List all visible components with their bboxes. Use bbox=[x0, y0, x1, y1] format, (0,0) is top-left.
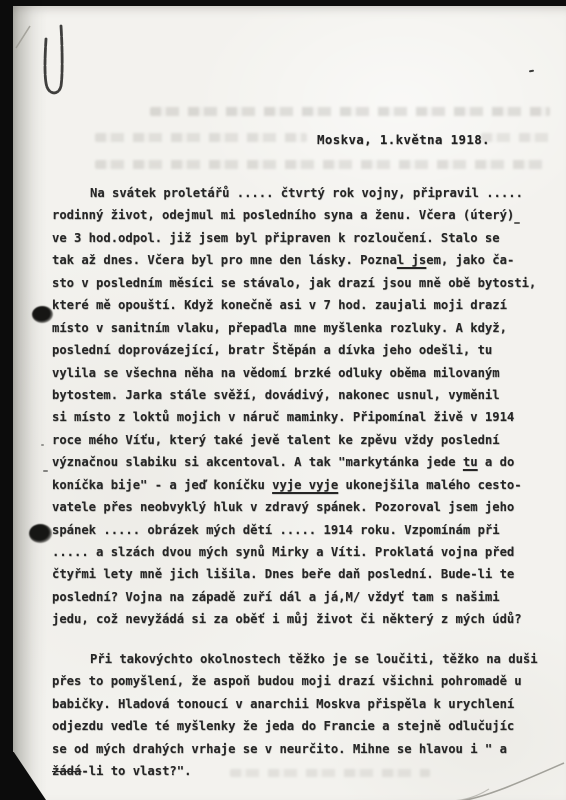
ink-speck bbox=[43, 470, 48, 472]
text-line: vylila se všechna něha na vědomí brzké o… bbox=[52, 362, 557, 384]
text-line: které mě opouští. Když konečně asi v 7 h… bbox=[52, 294, 557, 316]
text-segment: ukonejšila malého cesto- bbox=[338, 478, 521, 492]
text-segment: vylila se všechna něha na vědomí brzké o… bbox=[52, 366, 500, 380]
text-line: spánek ..... obrázek mých dětí ..... 191… bbox=[52, 519, 557, 541]
ink-speck bbox=[529, 70, 534, 73]
text-line: jedu, což nevyžádá si za oběť i můj živo… bbox=[52, 608, 557, 630]
text-segment: jedu, což nevyžádá si za oběť i můj živo… bbox=[52, 612, 522, 626]
paper-clip-mark bbox=[37, 23, 71, 103]
bleed-through-text-line bbox=[95, 133, 307, 142]
text-segment: em, jako ča- bbox=[426, 253, 514, 267]
ink-speck bbox=[41, 444, 44, 446]
text-segment: vatele přes neobvyklý hluk v zdravý spán… bbox=[52, 500, 514, 514]
text-segment: ve 3 hod.odpol. již jsem byl připraven k… bbox=[52, 231, 500, 245]
text-segment: se od mých drahých vrhaje se v neurčito.… bbox=[52, 742, 507, 756]
text-line: odjezdu vedle té myšlenky že jeda do Fra… bbox=[52, 715, 557, 737]
text-line: čtyřmi lety mně jich lišila. Dnes beře d… bbox=[52, 563, 557, 585]
text-line: ve 3 hod.odpol. již jsem byl připraven k… bbox=[52, 227, 557, 249]
text-line: tak až dnes. Včera byl pro mne den lásky… bbox=[52, 249, 557, 271]
text-segment: vyje vyje bbox=[272, 478, 338, 492]
bleed-through-text-line bbox=[150, 107, 550, 116]
text-line: babičky. Hladová tonoucí v anarchii Mosk… bbox=[52, 693, 557, 715]
text-segment: poslední doprovázející, bratr Štěpán a d… bbox=[52, 343, 492, 357]
text-segment: přes to pomyšlení, že aspoň budou moji d… bbox=[52, 674, 522, 688]
text-line: roce mého Víťu, který také jevě talent k… bbox=[52, 429, 557, 451]
text-segment: tu bbox=[463, 455, 478, 469]
text-segment: spánek ..... obrázek mých dětí ..... 191… bbox=[52, 523, 500, 537]
dateline: Moskva, 1.května 1918. bbox=[317, 132, 490, 147]
text-segment: Při takovýchto okolnostech těžko je se l… bbox=[90, 652, 538, 666]
bleed-through-text-line bbox=[95, 160, 547, 169]
paper-sheet: Moskva, 1.května 1918. Na svátek proletá… bbox=[13, 6, 566, 800]
text-segment: význačnou slabiku si akcentoval. A tak "… bbox=[52, 455, 463, 469]
pencil-mark bbox=[446, 754, 566, 800]
text-segment: bytostem. Jarka stále svěží, dovádivý, n… bbox=[52, 388, 500, 402]
text-segment: babičky. Hladová tonoucí v anarchii Mosk… bbox=[52, 697, 514, 711]
letter-body: Na svátek proletářů ..... čtvrtý rok voj… bbox=[52, 182, 557, 782]
scanner-edge-left bbox=[0, 0, 13, 800]
scanned-page: Moskva, 1.května 1918. Na svátek proletá… bbox=[0, 0, 566, 800]
text-segment: poslední? Vojna na západě zuří dál a já,… bbox=[52, 590, 500, 604]
text-line: sto v posledním měsíci se stávalo, jak d… bbox=[52, 272, 557, 294]
text-segment: tak až dnes. Včera byl pro mne den lásky… bbox=[52, 253, 397, 267]
text-segment: a do bbox=[478, 455, 515, 469]
text-segment: místo v sanitním vlaku, přepadla mne myš… bbox=[52, 321, 507, 335]
text-segment: -li to vlast?". bbox=[81, 764, 191, 778]
text-segment: které mě opouští. Když konečně asi v 7 h… bbox=[52, 298, 507, 312]
bleed-through-text-line bbox=[481, 133, 553, 142]
text-line: vatele přes neobvyklý hluk v zdravý spán… bbox=[52, 496, 557, 518]
text-segment: Na svátek proletářů ..... čtvrtý rok voj… bbox=[90, 186, 523, 200]
text-line: poslední? Vojna na západě zuří dál a já,… bbox=[52, 586, 557, 608]
text-line: ..... a slzách dvou mých synů Mirky a Ví… bbox=[52, 541, 557, 563]
text-line: Při takovýchto okolnostech těžko je se l… bbox=[52, 648, 557, 670]
text-segment: odjezdu vedle té myšlenky že jeda do Fra… bbox=[52, 719, 514, 733]
text-segment: čtyřmi lety mně jich lišila. Dnes beře d… bbox=[52, 567, 514, 581]
text-line: koníčka bije" - a jeď koníčku vyje vyje … bbox=[52, 474, 557, 496]
text-segment: rodinný život, odejmul mi posledního syn… bbox=[52, 208, 514, 222]
text-line: poslední doprovázející, bratr Štěpán a d… bbox=[52, 339, 557, 361]
text-segment: l js bbox=[397, 253, 426, 267]
punch-hole bbox=[29, 524, 52, 543]
text-segment: si místo z loktů mojich v náruč maminky.… bbox=[52, 410, 514, 424]
text-segment: ..... a slzách dvou mých synů Mirky a Ví… bbox=[52, 545, 514, 559]
text-line: přes to pomyšlení, že aspoň budou moji d… bbox=[52, 670, 557, 692]
text-segment: roce mého Víťu, který také jevě talent k… bbox=[52, 433, 500, 447]
text-segment: sto v posledním měsíci se stávalo, jak d… bbox=[52, 276, 536, 290]
text-line: bytostem. Jarka stále svěží, dovádivý, n… bbox=[52, 384, 557, 406]
punch-hole bbox=[32, 306, 53, 323]
text-segment: koníčka bije" - a jeď koníčku bbox=[52, 478, 272, 492]
text-line: místo v sanitním vlaku, přepadla mne myš… bbox=[52, 317, 557, 339]
text-line: Na svátek proletářů ..... čtvrtý rok voj… bbox=[52, 182, 557, 204]
paragraph: Na svátek proletářů ..... čtvrtý rok voj… bbox=[52, 182, 557, 631]
text-line: si místo z loktů mojich v náruč maminky.… bbox=[52, 406, 557, 428]
corner-crease-line bbox=[13, 22, 37, 52]
text-line: význačnou slabiku si akcentoval. A tak "… bbox=[52, 451, 557, 473]
text-segment: žádá bbox=[52, 764, 81, 778]
text-line: rodinný život, odejmul mi posledního syn… bbox=[52, 204, 557, 226]
ink-speck bbox=[514, 222, 520, 224]
